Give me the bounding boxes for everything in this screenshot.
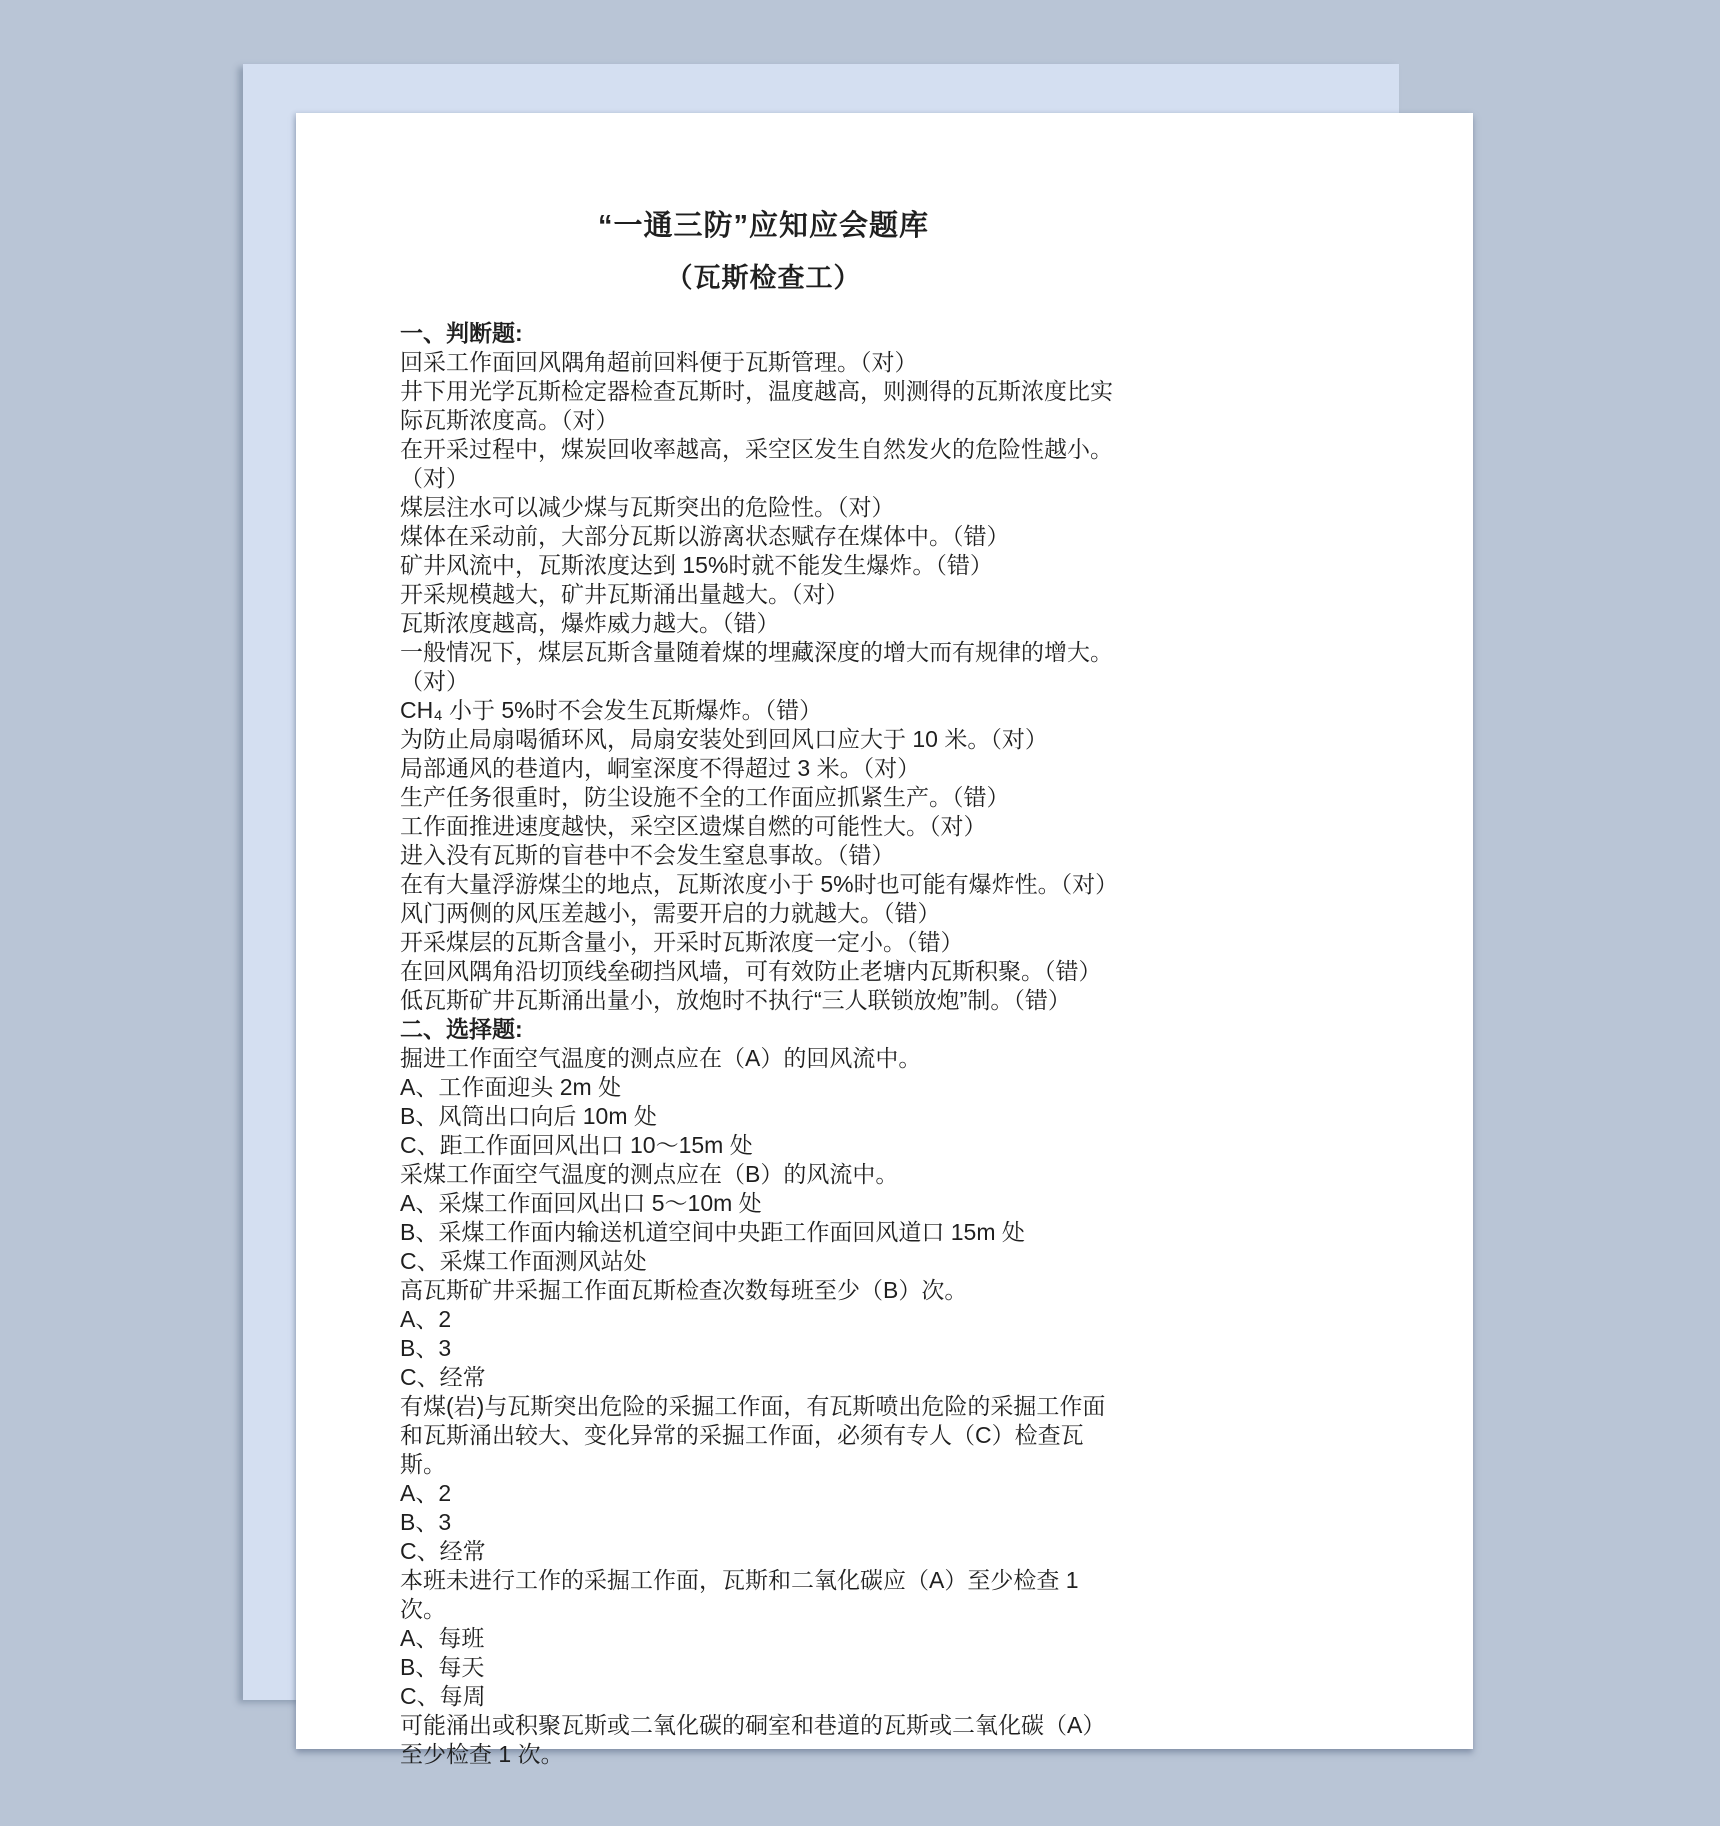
judgment-question-line: 为防止局扇喝循环风，局扇安装处到回风口应大于 10 米。（对）	[400, 725, 1127, 754]
document-page: “一通三防”应知应会题库 （瓦斯检查工） 一、判断题: 回采工作面回风隅角超前回…	[296, 113, 1473, 1749]
choice-question-line: 本班未进行工作的采掘工作面，瓦斯和二氧化碳应（A）至少检查 1 次。	[400, 1566, 1127, 1624]
choice-question-line: 可能涌出或积聚瓦斯或二氧化碳的硐室和巷道的瓦斯或二氧化碳（A）至少检查 1 次。	[400, 1711, 1127, 1769]
choice-question-line: A、2	[400, 1305, 1127, 1334]
section-heading-choice: 二、选择题:	[400, 1015, 1127, 1044]
section-heading-judgment: 一、判断题:	[400, 319, 1127, 348]
choice-question-line: B、采煤工作面内输送机道空间中央距工作面回风道口 15m 处	[400, 1218, 1127, 1247]
choice-question-line: C、每周	[400, 1682, 1127, 1711]
judgment-question-line: 一般情况下，煤层瓦斯含量随着煤的埋藏深度的增大而有规律的增大。（对）	[400, 638, 1127, 696]
judgment-question-line: 矿井风流中，瓦斯浓度达到 15%时就不能发生爆炸。（错）	[400, 551, 1127, 580]
judgment-question-line: 井下用光学瓦斯检定器检查瓦斯时，温度越高，则测得的瓦斯浓度比实际瓦斯浓度高。（对…	[400, 377, 1127, 435]
judgment-question-line: 低瓦斯矿井瓦斯涌出量小，放炮时不执行“三人联锁放炮”制。（错）	[400, 986, 1127, 1015]
choice-question-line: C、采煤工作面测风站处	[400, 1247, 1127, 1276]
judgment-question-line: 局部通风的巷道内，峒室深度不得超过 3 米。（对）	[400, 754, 1127, 783]
choice-question-line: C、距工作面回风出口 10～15m 处	[400, 1131, 1127, 1160]
judgment-question-line: 在回风隅角沿切顶线垒砌挡风墙，可有效防止老塘内瓦斯积聚。（错）	[400, 957, 1127, 986]
choice-question-list: 掘进工作面空气温度的测点应在（A）的回风流中。A、工作面迎头 2m 处B、风筒出…	[400, 1044, 1127, 1769]
choice-question-line: 有煤(岩)与瓦斯突出危险的采掘工作面，有瓦斯喷出危险的采掘工作面和瓦斯涌出较大、…	[400, 1392, 1127, 1479]
desktop-canvas: { "colors": { "canvas_background": "#b9c…	[0, 0, 1720, 1826]
judgment-question-line: 煤层注水可以减少煤与瓦斯突出的危险性。（对）	[400, 493, 1127, 522]
choice-question-line: C、经常	[400, 1537, 1127, 1566]
choice-question-line: B、3	[400, 1508, 1127, 1537]
choice-question-line: A、每班	[400, 1624, 1127, 1653]
choice-question-line: A、2	[400, 1479, 1127, 1508]
judgment-question-list: 回采工作面回风隅角超前回料便于瓦斯管理。（对）井下用光学瓦斯检定器检查瓦斯时，温…	[400, 348, 1127, 1015]
judgment-question-line: 进入没有瓦斯的盲巷中不会发生窒息事故。（错）	[400, 841, 1127, 870]
doc-subtitle: （瓦斯检查工）	[400, 263, 1127, 293]
judgment-question-line: 回采工作面回风隅角超前回料便于瓦斯管理。（对）	[400, 348, 1127, 377]
choice-question-line: A、采煤工作面回风出口 5～10m 处	[400, 1189, 1127, 1218]
choice-question-line: 掘进工作面空气温度的测点应在（A）的回风流中。	[400, 1044, 1127, 1073]
choice-question-line: C、经常	[400, 1363, 1127, 1392]
document-content: “一通三防”应知应会题库 （瓦斯检查工） 一、判断题: 回采工作面回风隅角超前回…	[400, 113, 1127, 1769]
choice-question-line: A、工作面迎头 2m 处	[400, 1073, 1127, 1102]
choice-question-line: B、每天	[400, 1653, 1127, 1682]
judgment-question-line: 开采规模越大，矿井瓦斯涌出量越大。（对）	[400, 580, 1127, 609]
judgment-question-line: 瓦斯浓度越高，爆炸威力越大。（错）	[400, 609, 1127, 638]
choice-question-line: B、风筒出口向后 10m 处	[400, 1102, 1127, 1131]
choice-question-line: 高瓦斯矿井采掘工作面瓦斯检查次数每班至少（B）次。	[400, 1276, 1127, 1305]
judgment-question-line: CH₄ 小于 5%时不会发生瓦斯爆炸。（错）	[400, 696, 1127, 725]
choice-question-line: B、3	[400, 1334, 1127, 1363]
judgment-question-line: 开采煤层的瓦斯含量小，开采时瓦斯浓度一定小。（错）	[400, 928, 1127, 957]
judgment-question-line: 工作面推进速度越快，采空区遗煤自燃的可能性大。（对）	[400, 812, 1127, 841]
judgment-question-line: 生产任务很重时，防尘设施不全的工作面应抓紧生产。（错）	[400, 783, 1127, 812]
doc-body: 一、判断题: 回采工作面回风隅角超前回料便于瓦斯管理。（对）井下用光学瓦斯检定器…	[400, 319, 1127, 1769]
judgment-question-line: 风门两侧的风压差越小，需要开启的力就越大。（错）	[400, 899, 1127, 928]
judgment-question-line: 在有大量浮游煤尘的地点，瓦斯浓度小于 5%时也可能有爆炸性。（对）	[400, 870, 1127, 899]
doc-title: “一通三防”应知应会题库	[400, 210, 1127, 242]
judgment-question-line: 煤体在采动前，大部分瓦斯以游离状态赋存在煤体中。（错）	[400, 522, 1127, 551]
judgment-question-line: 在开采过程中，煤炭回收率越高，采空区发生自然发火的危险性越小。（对）	[400, 435, 1127, 493]
choice-question-line: 采煤工作面空气温度的测点应在（B）的风流中。	[400, 1160, 1127, 1189]
